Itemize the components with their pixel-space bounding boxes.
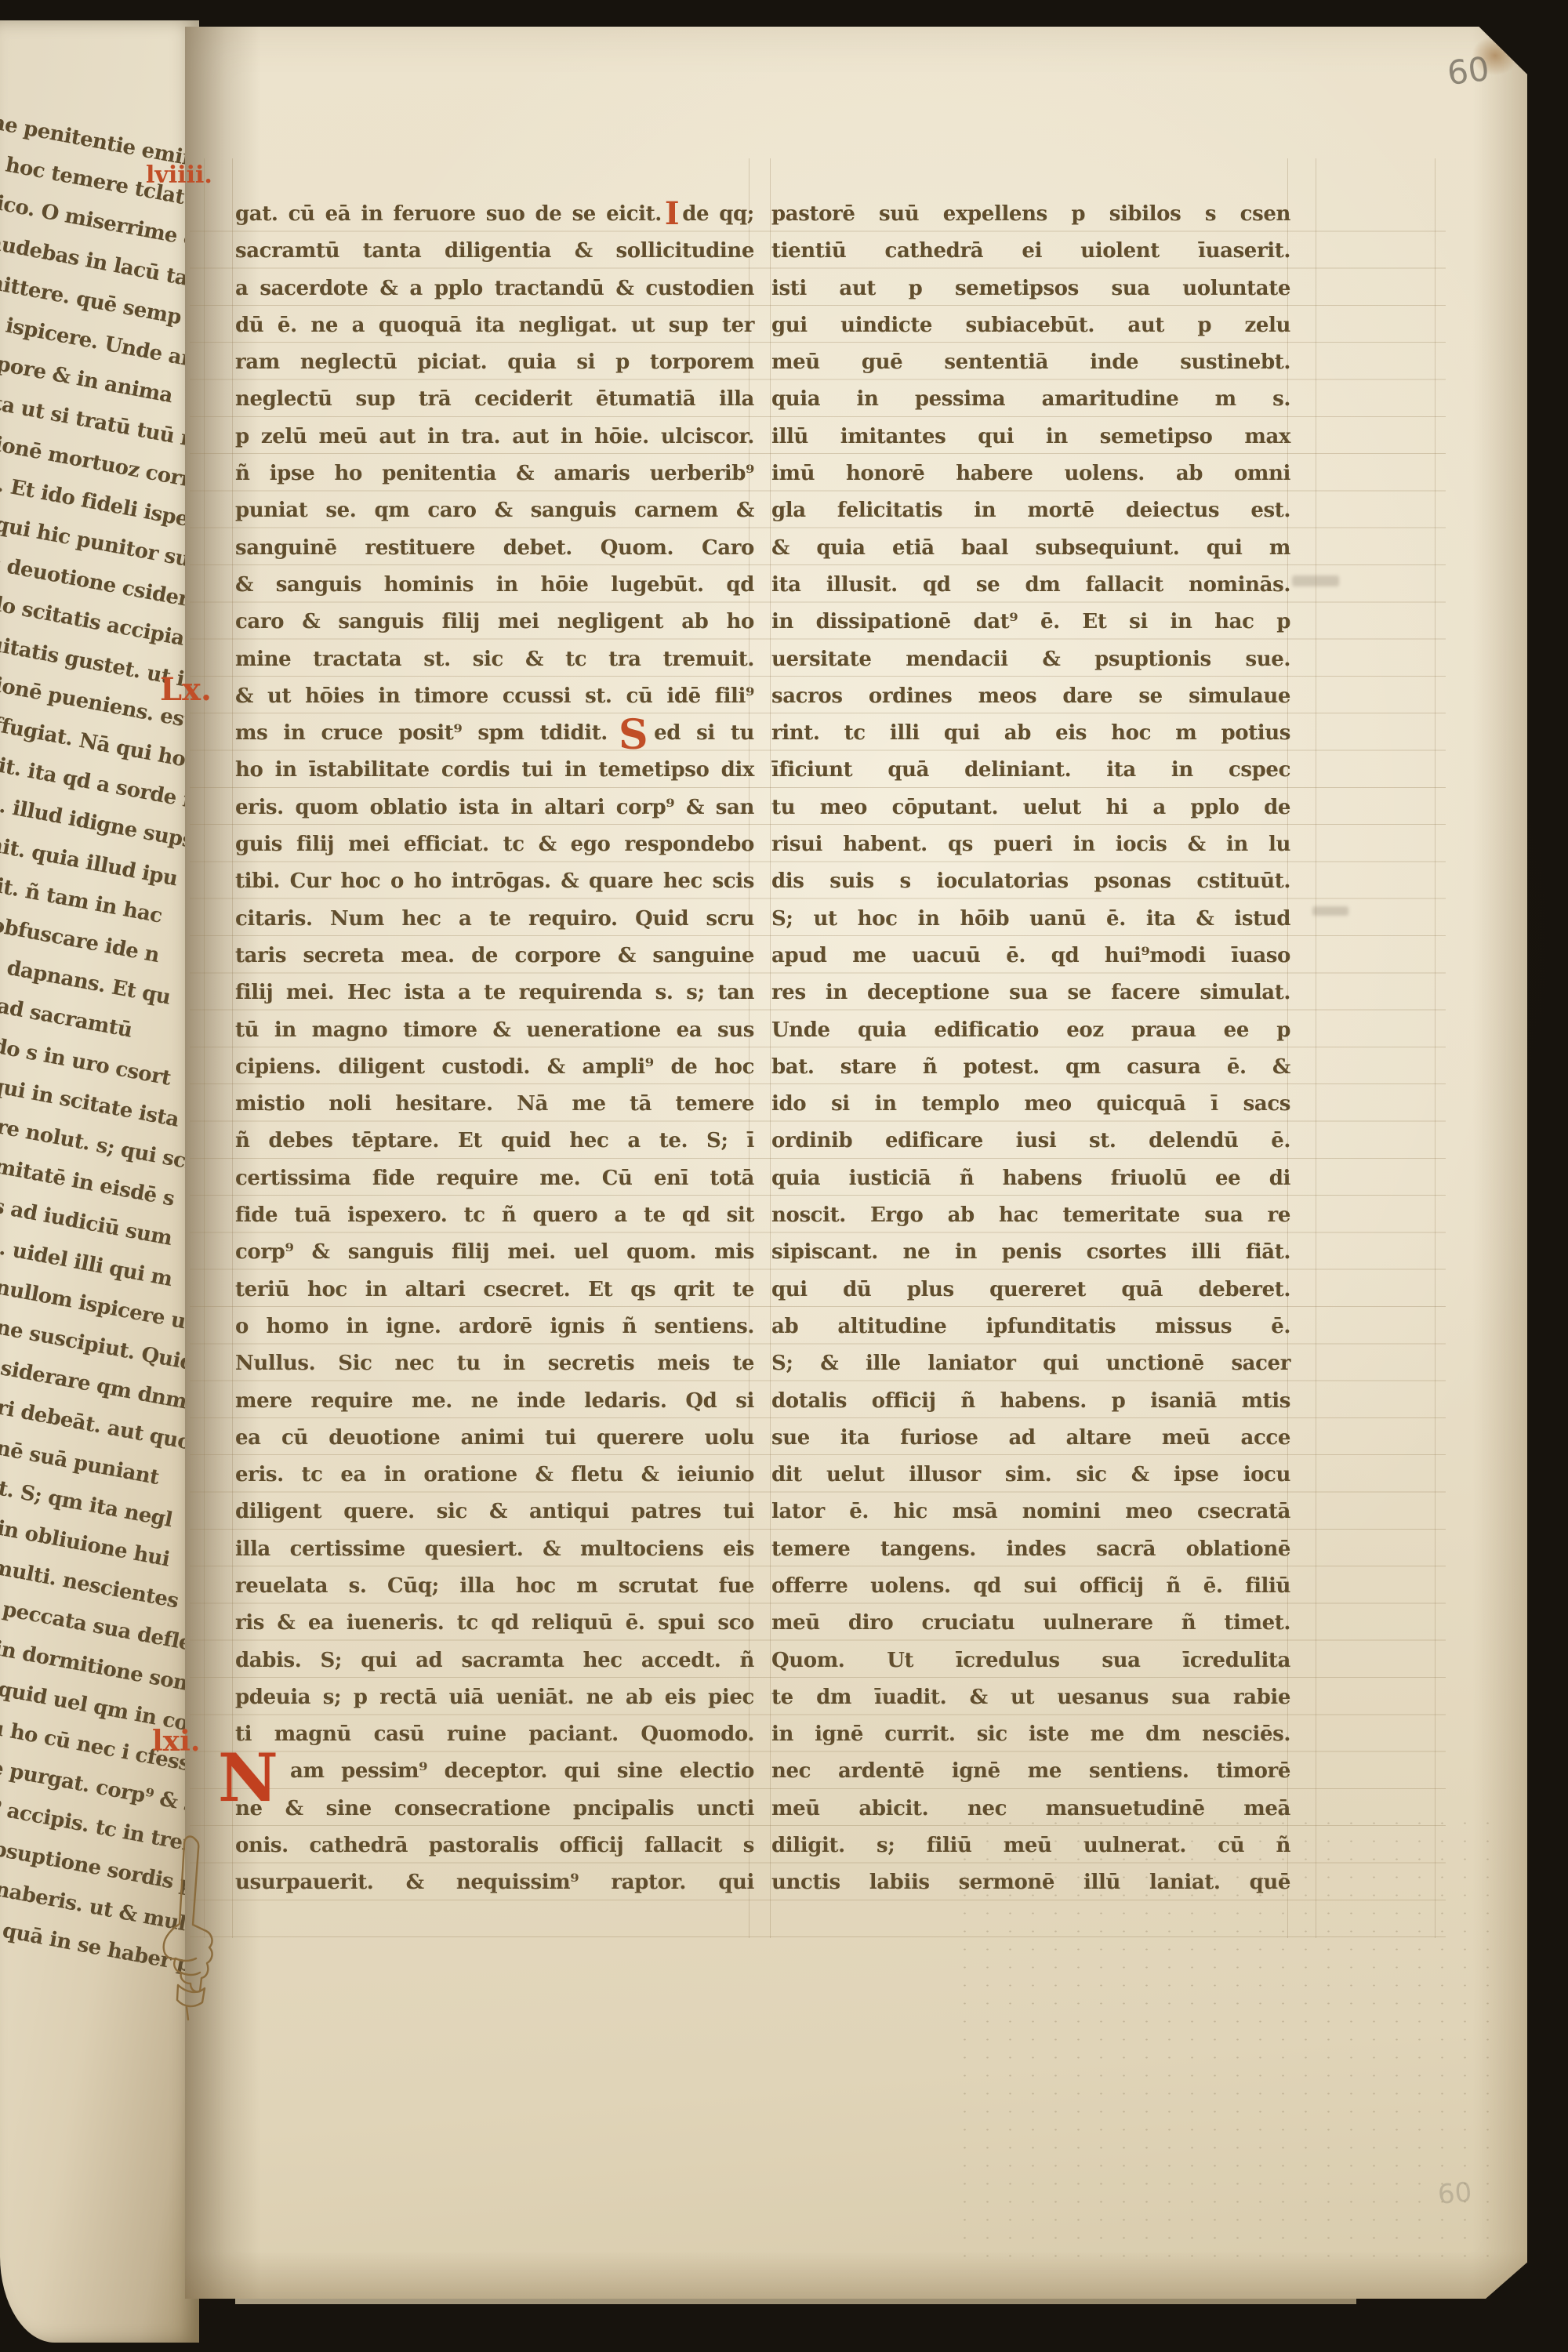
text-line: ho in īstabilitate cordis tui in temetip… (235, 752, 754, 789)
text-line: o homo in igne. ardorē ignis ñ sentiens. (235, 1308, 754, 1345)
text-run: diligent quere. sic & antiqui patres tui (235, 1500, 754, 1523)
text-run: uersitate mendacii & psuptionis sue. (771, 648, 1290, 671)
text-run: dit uelut illusor sim. sic & ipse iocu (771, 1463, 1290, 1486)
text-run: ms in cruce posit⁹ spm tdidit. (235, 721, 608, 745)
folio-number: 60 (1445, 49, 1491, 93)
text-run: temere tangens. indes sacrā oblationē (771, 1537, 1290, 1561)
text-line: uersitate mendacii & psuptionis sue. (771, 641, 1290, 678)
text-line: a sacerdote & a pplo tractandū & custodi… (235, 270, 754, 307)
text-line: neglectū sup trā ceciderit ētumatiā illa (235, 381, 754, 418)
text-line: temere tangens. indes sacrā oblationē (771, 1531, 1290, 1568)
text-run: pdeuia s; p rectā uiā ueniāt. ne ab eis … (235, 1686, 754, 1709)
text-line: rint. tc illi qui ab eis hoc m potius (771, 715, 1290, 752)
text-line: tu meo cōputant. uelut hi a pplo de (771, 789, 1290, 826)
text-line: tibi. Cur hoc o ho intrōgas. & quare hec… (235, 863, 754, 900)
text-run: cipiens. diligent custodi. & ampli⁹ de h… (235, 1055, 754, 1079)
text-line: eris. tc ea in oratione & fletu & ieiuni… (235, 1457, 754, 1494)
text-line: ñ ipse ho penitentia & amaris uerberib⁹ (235, 456, 754, 492)
text-run: mine tractata st. sic & tc tra tremuit. (235, 648, 754, 671)
text-line: bat. stare ñ potest. qm casura ē. & (771, 1049, 1290, 1086)
text-run: teriū hoc in altari csecret. Et qs qrit … (235, 1278, 754, 1301)
text-line: nec ardentē ignē me sentiens. timorē (771, 1753, 1290, 1790)
text-line: & sanguis hominis in hōie lugebūt. qd (235, 567, 754, 604)
text-run: tu meo cōputant. uelut hi a pplo de (771, 796, 1290, 819)
text-line: ms in cruce posit⁹ spm tdidit.Sed si tu (235, 715, 754, 752)
text-run: & quia etiā baal subsequiunt. qui m (771, 536, 1290, 560)
text-line: ita illusit. qd se dm fallacit nominās. (771, 567, 1290, 604)
text-run: ordinib edificare iusi st. delendū ē. (771, 1129, 1290, 1152)
text-line: onis. cathedrā pastoralis officij fallac… (235, 1828, 754, 1864)
text-line: dit uelut illusor sim. sic & ipse iocu (771, 1457, 1290, 1494)
underlying-page-edge (235, 2299, 1356, 2304)
text-run: ab altitudine ipfunditatis missus ē. (771, 1315, 1290, 1338)
text-run: onis. cathedrā pastoralis officij fallac… (235, 1834, 754, 1857)
text-line: dis suis s ioculatorias psonas cstituūt. (771, 863, 1290, 900)
text-line: quia iusticiā ñ habens friuolū ee di (771, 1160, 1290, 1197)
text-line: sanguinē restituere debet. Quom. Caro (235, 530, 754, 567)
text-column-1: gat. cū eā in feruore suo de se eicit.Id… (235, 196, 754, 1902)
text-line: risui habent. qs pueri in iocis & in lu (771, 826, 1290, 863)
text-run: guis filij mei efficiat. tc & ego respon… (235, 833, 754, 856)
text-run: & ut hōies in timore ccussi st. cū idē f… (235, 684, 754, 708)
text-run: in dissipationē dat⁹ ē. Et si in hac p (771, 610, 1290, 633)
text-line: qui dū plus quereret quā deberet. (771, 1272, 1290, 1308)
text-line: illa certissime quesiert. & multociens e… (235, 1531, 754, 1568)
text-line: diligent quere. sic & antiqui patres tui (235, 1494, 754, 1530)
text-line: mine tractata st. sic & tc tra tremuit. (235, 641, 754, 678)
folio-number-faint: 60 (1436, 2176, 1473, 2211)
text-run: taris secreta mea. de corpore & sanguine (235, 944, 754, 967)
text-run: de qq; (682, 202, 754, 226)
text-run: mistio noli hesitare. Nā me tā temere (235, 1092, 754, 1116)
text-run: dis suis s ioculatorias psonas cstituūt. (771, 869, 1290, 893)
text-run: ñ debes tēptare. Et quid hec a te. S; ī (235, 1129, 754, 1152)
text-run: certissima fide require me. Cū enī totā (235, 1167, 754, 1190)
text-run: apud me uacuū ē. qd hui⁹modi īuaso (771, 944, 1290, 967)
text-line: am pessim⁹ deceptor. qui sine electio (235, 1753, 754, 1790)
text-line: caro & sanguis filij mei negligent ab ho (235, 604, 754, 641)
text-run: res in deceptione sua se facere simulat. (771, 981, 1290, 1004)
text-run: tibi. Cur hoc o ho intrōgas. & quare hec… (235, 869, 754, 893)
rubric-initial: I (662, 195, 682, 232)
text-run: ris & ea iueneris. tc qd reliquū ē. spui… (235, 1611, 754, 1635)
text-line: quia in pessima amaritudine m s. (771, 381, 1290, 418)
text-run: ed si tu (654, 721, 754, 745)
rubric-drop-cap-N: N (218, 1745, 278, 1811)
text-line: & ut hōies in timore ccussi st. cū idē f… (235, 678, 754, 715)
text-run: ido si in templo meo quicquā ī sacs (771, 1092, 1290, 1116)
text-run: am pessim⁹ deceptor. qui sine electio (290, 1759, 754, 1783)
text-line: citaris. Num hec a te requiro. Quid scru (235, 901, 754, 938)
text-run: Quom. Ut īcredulus sua īcredulita (771, 1649, 1290, 1672)
text-run: meū diro cruciatu uulnerare ñ timet. (771, 1611, 1290, 1635)
manicule-icon (146, 1831, 227, 2023)
text-run: reuelata s. Cūq; illa hoc m scrutat fue (235, 1574, 754, 1598)
text-line: apud me uacuū ē. qd hui⁹modi īuaso (771, 938, 1290, 975)
text-run: ne & sine consecratione pncipalis uncti (235, 1797, 754, 1820)
text-line: ram neglectū piciat. quia si p torporem (235, 344, 754, 381)
text-line: ris & ea iueneris. tc qd reliquū ē. spui… (235, 1605, 754, 1642)
text-line: eris. quom oblatio ista in altari corp⁹ … (235, 789, 754, 826)
text-run: ho in īstabilitate cordis tui in temetip… (235, 758, 754, 782)
text-line: p zelū meū aut in tra. aut in hōie. ulci… (235, 419, 754, 456)
text-line: res in deceptione sua se facere simulat. (771, 975, 1290, 1011)
text-run: fide tuā ispexero. tc ñ quero a te qd si… (235, 1203, 754, 1227)
text-run: ram neglectū piciat. quia si p torporem (235, 350, 754, 374)
text-run: dotalis officij ñ habens. p isaniā mtis (771, 1389, 1290, 1413)
text-line: illū imitantes qui in semetipso max (771, 419, 1290, 456)
text-line: īficiunt quā deliniant. ita in cspec (771, 752, 1290, 789)
text-line: fide tuā ispexero. tc ñ quero a te qd si… (235, 1197, 754, 1234)
text-run: gat. cū eā in feruore suo de se eicit. (235, 202, 662, 226)
text-line: mere require me. ne inde ledaris. Qd si (235, 1383, 754, 1420)
text-line: offerre uolens. qd sui officij ñ ē. fili… (771, 1568, 1290, 1605)
text-run: ita illusit. qd se dm fallacit nominās. (771, 573, 1290, 597)
text-run: illū imitantes qui in semetipso max (771, 425, 1290, 448)
text-run: risui habent. qs pueri in iocis & in lu (771, 833, 1290, 856)
text-run: eris. tc ea in oratione & fletu & ieiuni… (235, 1463, 754, 1486)
text-run: te dm īuadit. & ut uesanus sua rabie (771, 1686, 1290, 1709)
text-run: citaris. Num hec a te requiro. Quid scru (235, 907, 754, 931)
text-run: sipiscant. ne in penis csortes illi fiāt… (771, 1240, 1290, 1264)
text-run: S; ut hoc in hōib uanū ē. ita & istud (771, 907, 1290, 931)
ruling-line (1435, 158, 1436, 1938)
text-run: qui dū plus quereret quā deberet. (771, 1278, 1290, 1301)
text-line: S; & ille laniator qui unctionē sacer (771, 1345, 1290, 1382)
text-line: puniat se. qm caro & sanguis carnem & (235, 492, 754, 529)
faint-margin-smudge (1312, 906, 1348, 916)
text-line: usurpauerit. & nequissim⁹ raptor. qui (235, 1864, 754, 1901)
text-column-2: pastorē suū expellens p sibilos s csenti… (771, 196, 1290, 1902)
text-line: filij mei. Hec ista a te requirenda s. s… (235, 975, 754, 1011)
text-run: īficiunt quā deliniant. ita in cspec (771, 758, 1290, 782)
text-run: puniat se. qm caro & sanguis carnem & (235, 499, 754, 522)
text-line: te dm īuadit. & ut uesanus sua rabie (771, 1679, 1290, 1716)
text-run: Nullus. Sic nec tu in secretis meis te (235, 1352, 754, 1375)
text-run: gla felicitatis in mortē deiectus est. (771, 499, 1290, 522)
text-line: corp⁹ & sanguis filij mei. uel quom. mis (235, 1234, 754, 1271)
text-run: eris. quom oblatio ista in altari corp⁹ … (235, 796, 754, 819)
text-line: in dissipationē dat⁹ ē. Et si in hac p (771, 604, 1290, 641)
text-line: sue ita furiose ad altare meū acce (771, 1420, 1290, 1457)
text-line: mistio noli hesitare. Nā me tā temere (235, 1086, 754, 1123)
text-line: lator ē. hic msā nomini meo csecratā (771, 1494, 1290, 1530)
text-line: ñ debes tēptare. Et quid hec a te. S; ī (235, 1123, 754, 1160)
text-run: o homo in igne. ardorē ignis ñ sentiens. (235, 1315, 754, 1338)
text-run: quia iusticiā ñ habens friuolū ee di (771, 1167, 1290, 1190)
text-run: sacramtū tanta diligentia & sollicitudin… (235, 239, 754, 263)
text-run: pastorē suū expellens p sibilos s csen (771, 202, 1290, 226)
text-run: dabis. S; qui ad sacramta hec accedt. ñ (235, 1649, 754, 1672)
text-run: filij mei. Hec ista a te requirenda s. s… (235, 981, 754, 1004)
text-line: taris secreta mea. de corpore & sanguine (235, 938, 754, 975)
text-run: S; & ille laniator qui unctionē sacer (771, 1352, 1290, 1375)
text-run: isti aut p semetipsos sua uoluntate (771, 277, 1290, 300)
text-run: caro & sanguis filij mei negligent ab ho (235, 610, 754, 633)
text-line: noscit. Ergo ab hac temeritate sua re (771, 1197, 1290, 1234)
text-run: tientiū cathedrā ei uiolent īuaserit. (771, 239, 1290, 263)
text-line: sacramtū tanta diligentia & sollicitudin… (235, 233, 754, 270)
text-run: ea cū deuotione animi tui querere uolu (235, 1426, 754, 1450)
text-line: S; ut hoc in hōib uanū ē. ita & istud (771, 901, 1290, 938)
text-line: ido si in templo meo quicquā ī sacs (771, 1086, 1290, 1123)
text-line: ordinib edificare iusi st. delendū ē. (771, 1123, 1290, 1160)
text-run: ñ ipse ho penitentia & amaris uerberib⁹ (235, 462, 754, 485)
manuscript-page: gat. cū eā in feruore suo de se eicit.Id… (185, 27, 1527, 2299)
text-line: Nullus. Sic nec tu in secretis meis te (235, 1345, 754, 1382)
text-run: bat. stare ñ potest. qm casura ē. & (771, 1055, 1290, 1079)
text-run: offerre uolens. qd sui officij ñ ē. fili… (771, 1574, 1290, 1598)
chapter-marker-lx: Lx. (160, 671, 212, 708)
text-line: dabis. S; qui ad sacramta hec accedt. ñ (235, 1642, 754, 1679)
text-run: tū in magno timore & ueneratione ea sus (235, 1018, 754, 1042)
text-line: dū ē. ne a quoquā ita negligat. ut sup t… (235, 307, 754, 344)
text-run: p zelū meū aut in tra. aut in hōie. ulci… (235, 425, 754, 448)
text-line: meū guē sententiā inde sustinebt. (771, 344, 1290, 381)
faint-margin-smudge (1292, 575, 1339, 586)
text-run: a sacerdote & a pplo tractandū & custodi… (235, 277, 754, 300)
text-line: tū in magno timore & ueneratione ea sus (235, 1012, 754, 1049)
text-run: Unde quia edificatio eoz praua ee p (771, 1018, 1290, 1042)
text-run: ti magnū casū ruine paciant. Quomodo. (235, 1722, 754, 1746)
text-line: in ignē currit. sic iste me dm nesciēs. (771, 1716, 1290, 1753)
text-line: sipiscant. ne in penis csortes illi fiāt… (771, 1234, 1290, 1271)
text-run: sanguinē restituere debet. Quom. Caro (235, 536, 754, 560)
text-line: ti magnū casū ruine paciant. Quomodo. (235, 1716, 754, 1753)
text-line: pastorē suū expellens p sibilos s csen (771, 196, 1290, 233)
text-line: ne & sine consecratione pncipalis uncti (235, 1791, 754, 1828)
text-line: tientiū cathedrā ei uiolent īuaserit. (771, 233, 1290, 270)
chapter-marker-lxi: lxi. (152, 1725, 200, 1758)
text-run: meū guē sententiā inde sustinebt. (771, 350, 1290, 374)
text-run: & sanguis hominis in hōie lugebūt. qd (235, 573, 754, 597)
ruling-line (204, 158, 205, 1938)
text-line: Quom. Ut īcredulus sua īcredulita (771, 1642, 1290, 1679)
text-run: corp⁹ & sanguis filij mei. uel quom. mis (235, 1240, 754, 1264)
text-line: teriū hoc in altari csecret. Et qs qrit … (235, 1272, 754, 1308)
text-line: guis filij mei efficiat. tc & ego respon… (235, 826, 754, 863)
parchment-speckles (953, 1814, 1502, 2269)
text-run: in ignē currit. sic iste me dm nesciēs. (771, 1722, 1290, 1746)
text-line: pdeuia s; p rectā uiā ueniāt. ne ab eis … (235, 1679, 754, 1716)
text-line: & quia etiā baal subsequiunt. qui m (771, 530, 1290, 567)
text-line: ab altitudine ipfunditatis missus ē. (771, 1308, 1290, 1345)
text-run: imū honorē habere uolens. ab omni (771, 462, 1290, 485)
text-line: imū honorē habere uolens. ab omni (771, 456, 1290, 492)
text-run: rint. tc illi qui ab eis hoc m potius (771, 721, 1290, 745)
text-run: quia in pessima amaritudine m s. (771, 387, 1290, 411)
text-run: usurpauerit. & nequissim⁹ raptor. qui (235, 1871, 754, 1894)
ruling-line (1316, 158, 1316, 1938)
text-line: gui uindicte subiacebūt. aut p zelu (771, 307, 1290, 344)
text-run: neglectū sup trā ceciderit ētumatiā illa (235, 387, 754, 411)
text-line: isti aut p semetipsos sua uoluntate (771, 270, 1290, 307)
text-run: dū ē. ne a quoquā ita negligat. ut sup t… (235, 314, 754, 337)
ruling-line (770, 158, 771, 1938)
text-run: mere require me. ne inde ledaris. Qd si (235, 1389, 754, 1413)
text-line: dotalis officij ñ habens. p isaniā mtis (771, 1383, 1290, 1420)
text-run: sue ita furiose ad altare meū acce (771, 1426, 1290, 1450)
text-run: lator ē. hic msā nomini meo csecratā (771, 1500, 1290, 1523)
text-line: meū diro cruciatu uulnerare ñ timet. (771, 1605, 1290, 1642)
text-run: gui uindicte subiacebūt. aut p zelu (771, 314, 1290, 337)
text-line: ea cū deuotione animi tui querere uolu (235, 1420, 754, 1457)
ruling-line (232, 158, 233, 1938)
text-line: cipiens. diligent custodi. & ampli⁹ de h… (235, 1049, 754, 1086)
manuscript-photo: tione penitentie eminantū hoc temere tcl… (0, 0, 1568, 2352)
text-line: Unde quia edificatio eoz praua ee p (771, 1012, 1290, 1049)
text-run: nec ardentē ignē me sentiens. timorē (771, 1759, 1290, 1783)
text-line: certissima fide require me. Cū enī totā (235, 1160, 754, 1197)
text-line: gla felicitatis in mortē deiectus est. (771, 492, 1290, 529)
text-line: reuelata s. Cūq; illa hoc m scrutat fue (235, 1568, 754, 1605)
text-line: sacros ordines meos dare se simulaue (771, 678, 1290, 715)
text-run: illa certissime quesiert. & multociens e… (235, 1537, 754, 1561)
chapter-marker-lviiii: lviiii. (146, 162, 212, 189)
text-run: noscit. Ergo ab hac temeritate sua re (771, 1203, 1290, 1227)
text-run: sacros ordines meos dare se simulaue (771, 684, 1290, 708)
text-line: gat. cū eā in feruore suo de se eicit.Id… (235, 196, 754, 233)
